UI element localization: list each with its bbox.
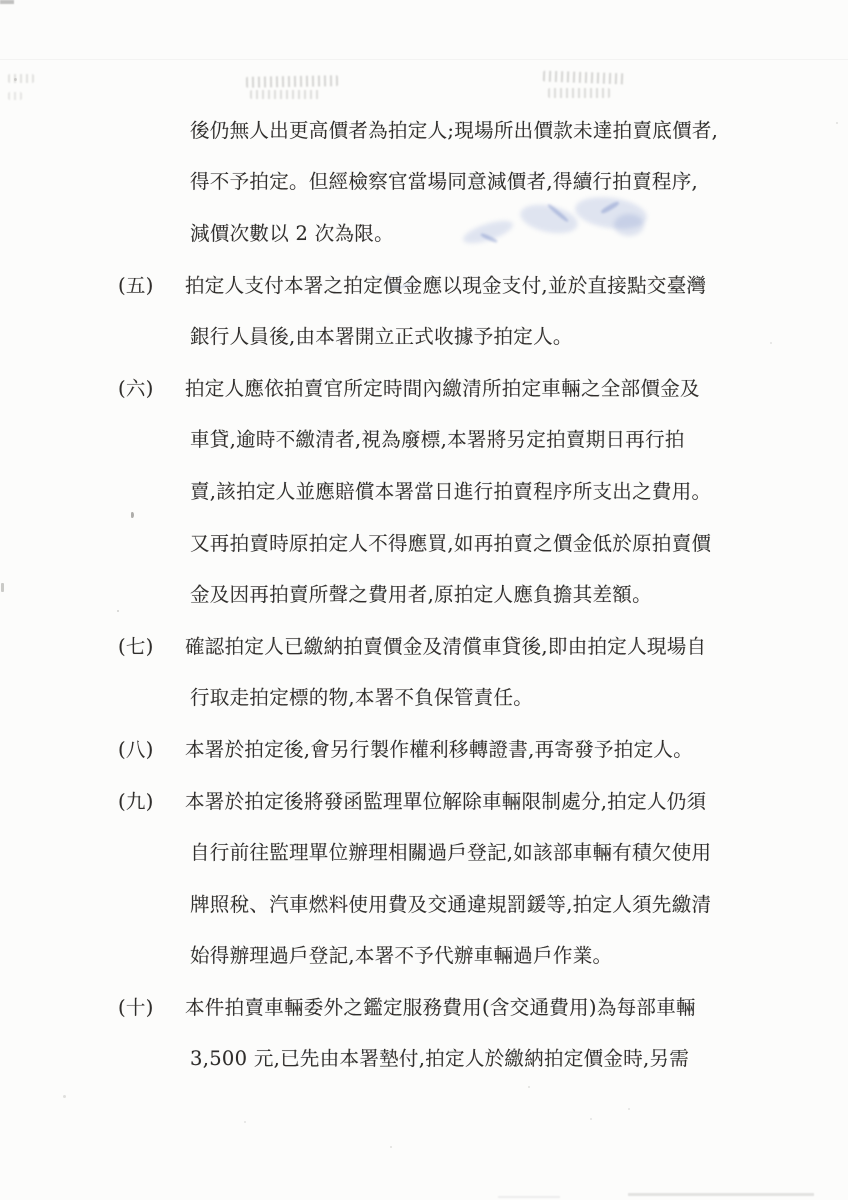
scan-speck [590, 1118, 592, 1120]
text-line: 後仍無人出更高價者為拍定人;現場所出價款未達拍賣底價者, [0, 103, 848, 155]
scan-corner-mark [0, 0, 14, 4]
bleedthrough-scribble [246, 75, 338, 88]
line-text: 確認拍定人已繳納拍賣價金及清償車貸後,即由拍定人現場自 [185, 631, 706, 659]
text-line: 賣,該拍定人並應賠償本署當日進行拍賣程序所支出之費用。 [0, 464, 848, 516]
line-text: 車貸,逾時不繳清者,視為廢標,本署將另定拍賣期日再行拍 [190, 424, 685, 452]
line-text: 銀行人員後,由本署開立正式收據予拍定人。 [190, 321, 573, 349]
scan-bottom-strip [628, 1193, 814, 1196]
text-line: 又再拍賣時原拍定人不得應買,如再拍賣之價金低於原拍賣價 [0, 516, 848, 568]
scan-bottom-strip [498, 1196, 560, 1198]
line-text: 行取走拍定標的物,本署不負保管責任。 [190, 682, 533, 710]
scan-speck [390, 1146, 392, 1148]
line-text: 本署於拍定後,會另行製作權利移轉證書,再寄發予拍定人。 [185, 734, 693, 762]
line-text: 後仍無人出更高價者為拍定人;現場所出價款未達拍賣底價者, [190, 115, 718, 143]
item-number: (五) [118, 270, 185, 298]
line-text: 賣,該拍定人並應賠償本署當日進行拍賣程序所支出之費用。 [190, 476, 711, 504]
line-text: 本署於拍定後將發函監理單位解除車輛限制處分,拍定人仍須 [185, 786, 706, 814]
text-line: 車貸,逾時不繳清者,視為廢標,本署將另定拍賣期日再行拍 [0, 413, 848, 465]
scan-speck [63, 1095, 66, 1098]
line-text: 減價次數以 2 次為限。 [190, 218, 394, 246]
text-line: (五)拍定人支付本署之拍定價金應以現金支付,並於直接點交臺灣 [0, 258, 848, 310]
text-line: 自行前往監理單位辦理相關過戶登記,如該部車輛有積欠使用 [0, 825, 848, 877]
line-text: 3,500 元,已先由本署墊付,拍定人於繳納拍定價金時,另需 [190, 1043, 689, 1071]
text-line: 得不予拍定。但經檢察官當場同意減價者,得續行拍賣程序, [0, 155, 848, 207]
item-number: (六) [118, 373, 185, 401]
scan-edge-line [0, 59, 848, 60]
scan-speck [244, 1121, 246, 1123]
item-number: (八) [118, 734, 185, 762]
text-line: (六)拍定人應依拍賣官所定時間內繳清所拍定車輛之全部價金及 [0, 361, 848, 413]
line-text: 牌照稅、汽車燃料使用費及交通違規罰鍰等,拍定人須先繳清 [190, 889, 711, 917]
text-line: (七)確認拍定人已繳納拍賣價金及清償車貸後,即由拍定人現場自 [0, 619, 848, 671]
text-line: 行取走拍定標的物,本署不負保管責任。 [0, 671, 848, 723]
line-text: 自行前往監理單位辦理相關過戶登記,如該部車輛有積欠使用 [190, 837, 711, 865]
document-body: 後仍無人出更高價者為拍定人;現場所出價款未達拍賣底價者,得不予拍定。但經檢察官當… [0, 103, 848, 1083]
text-line: 減價次數以 2 次為限。 [0, 206, 848, 258]
item-number: (十) [118, 992, 185, 1020]
text-line: 金及因再拍賣所聲之費用者,原拍定人應負擔其差額。 [0, 567, 848, 619]
bleedthrough-scribble [8, 92, 22, 100]
line-text: 始得辦理過戶登記,本署不予代辦車輛過戶作業。 [190, 940, 612, 968]
line-text: 金及因再拍賣所聲之費用者,原拍定人應負擔其差額。 [190, 579, 652, 607]
scan-speck [628, 1108, 630, 1110]
bleedthrough-scribble [543, 71, 625, 85]
text-line: 3,500 元,已先由本署墊付,拍定人於繳納拍定價金時,另需 [0, 1032, 848, 1084]
bleedthrough-scribble [250, 90, 320, 99]
item-number: (七) [118, 631, 185, 659]
bleedthrough-scribble [8, 74, 34, 83]
text-line: (九)本署於拍定後將發函監理單位解除車輛限制處分,拍定人仍須 [0, 774, 848, 826]
line-text: 本件拍賣車輛委外之鑑定服務費用(含交通費用)為每部車輛 [185, 992, 696, 1020]
line-text: 拍定人應依拍賣官所定時間內繳清所拍定車輛之全部價金及 [185, 373, 700, 401]
text-line: (十)本件拍賣車輛委外之鑑定服務費用(含交通費用)為每部車輛 [0, 980, 848, 1032]
item-number: (九) [118, 786, 185, 814]
line-text: 拍定人支付本署之拍定價金應以現金支付,並於直接點交臺灣 [185, 270, 706, 298]
line-text: 又再拍賣時原拍定人不得應買,如再拍賣之價金低於原拍賣價 [190, 528, 711, 556]
scanned-page: 後仍無人出更高價者為拍定人;現場所出價款未達拍賣底價者,得不予拍定。但經檢察官當… [0, 0, 848, 1200]
bleedthrough-scribble [548, 88, 610, 98]
text-line: (八)本署於拍定後,會另行製作權利移轉證書,再寄發予拍定人。 [0, 722, 848, 774]
line-text: 得不予拍定。但經檢察官當場同意減價者,得續行拍賣程序, [190, 166, 698, 194]
scan-speck [528, 1086, 530, 1088]
scan-speck [14, 78, 17, 81]
text-line: 銀行人員後,由本署開立正式收據予拍定人。 [0, 309, 848, 361]
text-line: 牌照稅、汽車燃料使用費及交通違規罰鍰等,拍定人須先繳清 [0, 877, 848, 929]
text-line: 始得辦理過戶登記,本署不予代辦車輛過戶作業。 [0, 929, 848, 981]
